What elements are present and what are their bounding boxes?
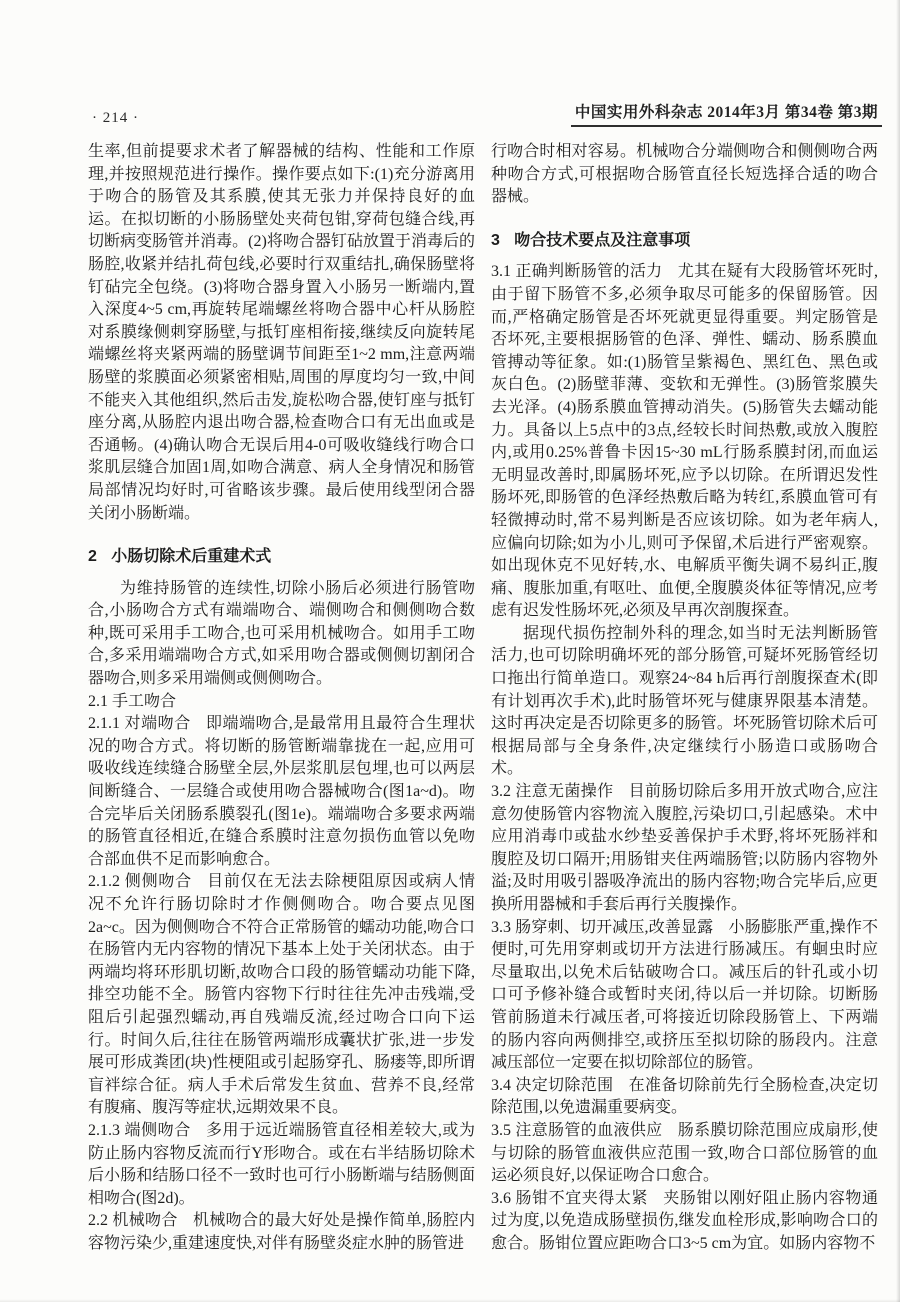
runin-heading: 2.1.3 端侧吻合 <box>88 1122 191 1139</box>
runin-heading: 2.2 机械吻合 <box>88 1212 178 1229</box>
paragraph-3-6: 3.6 肠钳不宜夹得太紧夹肠钳以刚好阻止肠内容物通过为度,以免造成肠壁损伤,继发… <box>491 1188 878 1256</box>
paragraph: 为维持肠管的连续性,切除小肠后必须进行肠管吻合,小肠吻合方式有端端吻合、端侧吻合… <box>88 578 475 691</box>
runin-heading: 2.1.1 对端吻合 <box>88 715 191 732</box>
section-title: 吻合技术要点及注意事项 <box>514 232 690 249</box>
paragraph-3-5: 3.5 注意肠管的血液供应肠系膜切除范围应成扇形,使与切除的肠管血液供应范围一致… <box>491 1120 878 1188</box>
scan-edge-shadow-right <box>896 0 900 1302</box>
section-title: 小肠切除术后重建术式 <box>111 548 271 565</box>
runin-heading: 3.2 注意无菌操作 <box>491 783 613 800</box>
page-header: · 214 · 中国实用外科杂志 2014年3月 第34卷 第3期 <box>92 100 882 127</box>
runin-heading: 3.4 决定切除范围 <box>491 1077 613 1094</box>
runin-heading: 2.1.2 侧侧吻合 <box>88 873 192 890</box>
paragraph-3-2: 3.2 注意无菌操作目前肠切除后多用开放式吻合,应注意勿使肠管内容物流入腹腔,污… <box>491 781 878 917</box>
journal-page-scan: · 214 · 中国实用外科杂志 2014年3月 第34卷 第3期 生率,但前提… <box>0 0 900 1302</box>
subsection-heading-2-1: 2.1 手工吻合 <box>88 691 475 714</box>
runin-heading: 3.1 正确判断肠管的活力 <box>491 263 663 280</box>
paragraph-3-1: 3.1 正确判断肠管的活力尤其在疑有大段肠管坏死时,由于留下肠管不多,必须争取尽… <box>491 261 878 623</box>
paragraph-3-4: 3.4 决定切除范围在准备切除前先行全肠检查,决定切除范围,以免遗漏重要病变。 <box>491 1075 878 1120</box>
paragraph-2-2: 2.2 机械吻合机械吻合的最大好处是操作简单,肠腔内容物污染少,重建速度快,对伴… <box>88 1210 475 1255</box>
section-number: 2 <box>88 548 97 565</box>
runin-heading: 3.6 肠钳不宜夹得太紧 <box>491 1190 648 1207</box>
paragraph-2-1-3: 2.1.3 端侧吻合多用于远近端肠管直径相差较大,或为防止肠内容物反流而行Y形吻… <box>88 1120 475 1210</box>
runin-heading: 3.3 肠穿刺、切开减压,改善显露 <box>491 919 713 936</box>
paragraph-2-1-2: 2.1.2 侧侧吻合目前仅在无法去除梗阻原因或病人情况不允许行肠切除时才作侧侧吻… <box>88 871 475 1120</box>
page-number: · 214 · <box>92 110 139 127</box>
section-number: 3 <box>491 232 500 249</box>
two-column-body: 生率,但前提要求术者了解器械的结构、性能和工作原理,并按照规范进行操作。操作要点… <box>88 141 878 1256</box>
runin-heading: 3.5 注意肠管的血液供应 <box>491 1122 663 1139</box>
paragraph-2-1-1: 2.1.1 对端吻合即端端吻合,是最常用且最符合生理状况的吻合方式。将切断的肠管… <box>88 713 475 871</box>
journal-title: 中国实用外科杂志 2014年3月 第34卷 第3期 <box>571 100 882 127</box>
paragraph: 据现代损伤控制外科的理念,如当时无法判断肠管活力,也可切除明确坏死的部分肠管,可… <box>491 623 878 781</box>
section-heading-3: 3吻合技术要点及注意事项 <box>491 230 878 253</box>
paragraph: 行吻合时相对容易。机械吻合分端侧吻合和侧侧吻合两种吻合方式,可根据吻合肠管直径长… <box>491 141 878 209</box>
section-heading-2: 2小肠切除术后重建术式 <box>88 546 475 569</box>
paragraph-3-3: 3.3 肠穿刺、切开减压,改善显露小肠膨胀严重,操作不便时,可先用穿刺或切开方法… <box>491 917 878 1075</box>
right-column: 行吻合时相对容易。机械吻合分端侧吻合和侧侧吻合两种吻合方式,可根据吻合肠管直径长… <box>491 141 878 1256</box>
paragraph: 生率,但前提要求术者了解器械的结构、性能和工作原理,并按照规范进行操作。操作要点… <box>88 141 475 525</box>
left-column: 生率,但前提要求术者了解器械的结构、性能和工作原理,并按照规范进行操作。操作要点… <box>88 141 475 1256</box>
